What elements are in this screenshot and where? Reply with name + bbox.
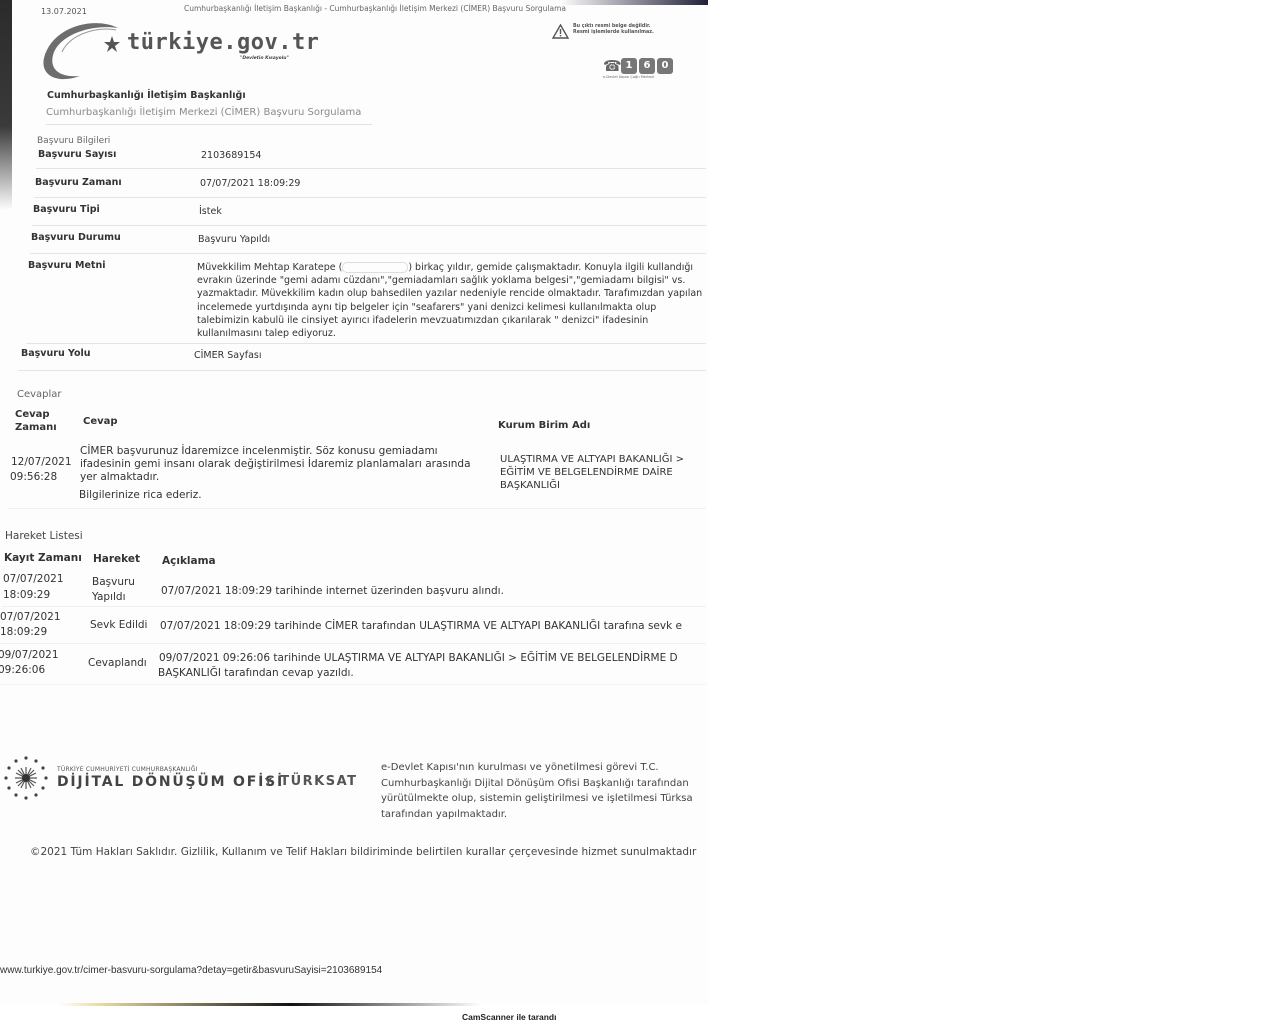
field-value-application-channel: CİMER Sayfası	[194, 350, 261, 361]
hotline-digit: 0	[657, 58, 673, 74]
application-text-part: ) birkaç yıldır, gemide çalışmaktadır. K…	[197, 262, 702, 339]
column-header-action: Hareket	[93, 553, 140, 565]
hotline-160-badge: ☎ 1 6 0 e-Devlet Kapısı Çağrı Merkezi	[603, 58, 673, 79]
column-header-record-time: Kayıt Zamanı	[4, 552, 82, 564]
hotline-digit: 6	[639, 58, 655, 74]
organization-name: Cumhurbaşkanlığı İletişim Başkanlığı	[47, 90, 246, 101]
crescent-star-icon	[40, 20, 130, 82]
turksat-icon: ʏ	[264, 774, 274, 788]
application-text-part: Müvekkilim Mehtap Karatepe (	[197, 262, 342, 273]
movement-time: 18:09:29	[3, 589, 50, 602]
divider	[2, 606, 706, 607]
redacted-id-box	[342, 262, 408, 273]
scanned-page: 13.07.2021 Cumhurbaşkanlığı İletişim Baş…	[0, 0, 708, 1005]
answer-time: 09:56:28	[10, 471, 57, 484]
field-label-application-text: Başvuru Metni	[28, 260, 105, 271]
warning-triangle-icon	[552, 24, 569, 39]
movement-action: Başvuru Yapıldı	[92, 575, 142, 605]
column-header-unit-name: Kurum Birim Adı	[498, 420, 590, 431]
divider	[30, 253, 706, 254]
movement-description: 09/07/2021 09:26:06 tarihinde ULAŞTIRMA …	[159, 652, 678, 665]
answer-text: CİMER başvurunuz İdaremizce incelenmişti…	[80, 445, 480, 484]
column-header-answer-time: Cevap Zamanı	[15, 408, 65, 434]
divider	[8, 508, 706, 509]
field-label-application-channel: Başvuru Yolu	[21, 348, 91, 359]
scan-left-edge-shadow	[0, 0, 12, 210]
field-label-application-status: Başvuru Durumu	[31, 232, 121, 243]
logo-tagline: "Devletin Kısayolu"	[240, 56, 289, 61]
page-subtitle: Cumhurbaşkanlığı İletişim Merkezi (CİMER…	[46, 107, 361, 118]
hotline-digit: 1	[621, 58, 637, 74]
turkiye-gov-tr-logo[interactable]: türkiye.gov.tr "Devletin Kısayolu"	[40, 20, 330, 82]
field-value-application-type: İstek	[199, 206, 222, 217]
movement-description: 07/07/2021 18:09:29 tarihinde internet ü…	[161, 585, 504, 598]
scan-bottom-edge-shadow	[60, 1003, 480, 1006]
divider	[26, 343, 706, 344]
turksat-wordmark: TÜRKSAT	[280, 774, 357, 789]
field-label-application-type: Başvuru Tipi	[33, 204, 100, 215]
movement-description-line2: BAŞKANLIĞI tarafından cevap yazıldı.	[158, 667, 354, 680]
camscanner-watermark: CamScanner ile tarandı	[462, 1012, 556, 1022]
column-header-description: Açıklama	[162, 555, 216, 567]
answer-date: 12/07/2021	[11, 456, 72, 469]
presidential-seal-icon	[3, 755, 49, 801]
section-title-application-info: Başvuru Bilgileri	[37, 136, 110, 146]
movement-date: 09/07/2021	[0, 649, 59, 662]
field-value-application-status: Başvuru Yapıldı	[198, 234, 270, 245]
movement-time: 09:26:06	[0, 664, 45, 677]
movement-description: 07/07/2021 18:09:29 tarihinde CİMER tara…	[160, 620, 682, 633]
scan-top-edge-shadow	[560, 0, 708, 5]
section-title-answers: Cevaplar	[17, 389, 62, 400]
movement-time: 18:09:29	[0, 626, 47, 639]
divider	[0, 643, 706, 644]
footer-description: e-Devlet Kapısı'nın kurulması ve yönetil…	[381, 760, 711, 822]
field-value-application-text: Müvekkilim Mehtap Karatepe () birkaç yıl…	[197, 261, 705, 340]
divider	[36, 168, 706, 169]
divider	[0, 684, 706, 685]
digital-transformation-office-logo[interactable]: TÜRKİYE CUMHURİYETİ CUMHURBAŞKANLIĞI DİJ…	[3, 755, 284, 801]
print-page-title: Cumhurbaşkanlığı İletişim Başkanlığı - C…	[184, 4, 566, 13]
column-header-answer: Cevap	[83, 416, 118, 427]
movement-date: 07/07/2021	[0, 611, 61, 624]
field-value-application-time: 07/07/2021 18:09:29	[200, 178, 300, 189]
movement-action: Cevaplandı	[88, 657, 147, 670]
section-title-movements: Hareket Listesi	[5, 530, 83, 542]
telephone-icon: ☎	[603, 58, 619, 74]
divider	[18, 370, 706, 371]
movement-action: Sevk Edildi	[90, 619, 147, 632]
warning-line-2: Resmi işlemlerde kullanılmaz.	[573, 30, 654, 36]
not-official-warning: Bu çıktı resmi belge değildir. Resmi işl…	[552, 24, 654, 39]
print-url: www.turkiye.gov.tr/cimer-basvuru-sorgula…	[0, 965, 382, 976]
copyright-notice: ©2021 Tüm Hakları Saklıdır. Gizlilik, Ku…	[30, 846, 696, 858]
divider	[46, 124, 372, 125]
print-date: 13.07.2021	[41, 7, 87, 16]
movement-date: 07/07/2021	[3, 573, 64, 586]
turksat-logo[interactable]: ʏ TÜRKSAT	[264, 774, 358, 789]
field-label-application-number: Başvuru Sayısı	[38, 149, 116, 160]
divider	[34, 197, 706, 198]
answer-unit: ULAŞTIRMA VE ALTYAPI BAKANLIĞI > EĞİTİM …	[500, 453, 705, 492]
ddo-subtitle: TÜRKİYE CUMHURİYETİ CUMHURBAŞKANLIĞI	[57, 766, 284, 773]
field-label-application-time: Başvuru Zamanı	[35, 177, 122, 188]
hotline-caption: e-Devlet Kapısı Çağrı Merkezi	[603, 75, 673, 79]
ddo-title: DİJİTAL DÖNÜŞÜM OFİSİ	[57, 774, 284, 790]
logo-wordmark: türkiye.gov.tr	[127, 30, 319, 55]
divider	[32, 225, 706, 226]
answer-closing: Bilgilerinize rica ederiz.	[79, 489, 202, 502]
field-value-application-number: 2103689154	[201, 150, 261, 161]
